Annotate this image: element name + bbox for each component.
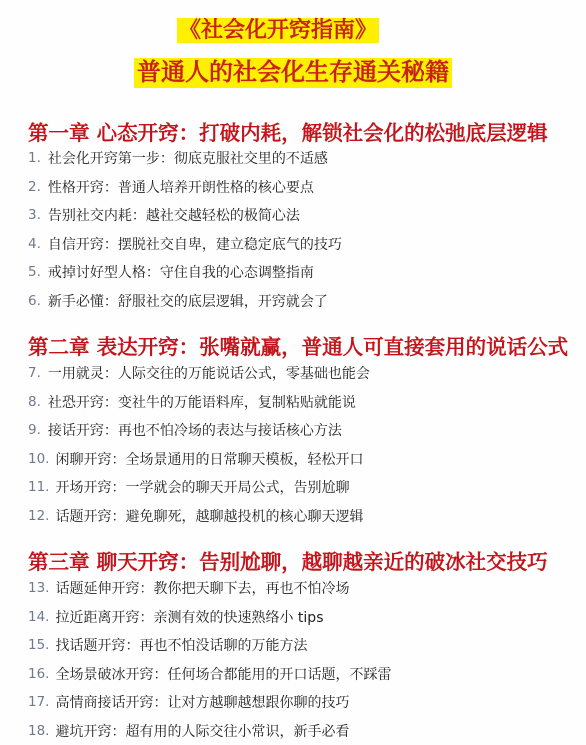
list-item: 18.避坑开窍：超有用的人际交往小常识，新手必看 — [28, 717, 391, 745]
list-item: 13.话题延伸开窍：教你把天聊下去，再也不怕冷场 — [28, 574, 391, 603]
document-title: 《社会化开窍指南》 — [177, 18, 379, 43]
item-text: 找话题开窍：再也不怕没话聊的万能方法 — [55, 635, 307, 655]
item-number: 17. — [28, 694, 49, 710]
list-item: 14.拉近距离开窍：亲测有效的快速熟络小 tips — [28, 603, 391, 632]
item-text: 避坑开窍：超有用的人际交往小常识，新手必看 — [55, 721, 349, 741]
item-number: 15. — [28, 637, 49, 653]
item-text: 话题延伸开窍：教你把天聊下去，再也不怕冷场 — [55, 578, 349, 598]
list-item: 11.开场开窍：一学就会的聊天开局公式，告别尬聊 — [28, 473, 370, 502]
item-number: 2. — [28, 179, 41, 195]
item-text: 开场开窍：一学就会的聊天开局公式，告别尬聊 — [55, 477, 349, 497]
item-number: 13. — [28, 580, 49, 596]
item-text: 话题开窍：避免聊死，越聊越投机的核心聊天逻辑 — [55, 506, 363, 526]
item-number: 5. — [28, 264, 41, 280]
document-subtitle: 普通人的社会化生存通关秘籍 — [134, 58, 452, 88]
list-item: 3.告别社交内耗：越社交越轻松的极简心法 — [28, 201, 342, 230]
list-item: 2.性格开窍：普通人培养开朗性格的核心要点 — [28, 173, 342, 202]
item-text: 拉近距离开窍：亲测有效的快速熟络小 tips — [55, 607, 323, 627]
chapter-2-list: 7.一用就灵：人际交往的万能说话公式，零基础也能会 8.社恐开窍：变社牛的万能语… — [28, 359, 370, 530]
list-item: 1.社会化开窍第一步：彻底克服社交里的不适感 — [28, 144, 342, 173]
item-number: 8. — [28, 394, 41, 410]
list-item: 5.戒掉讨好型人格：守住自我的心态调整指南 — [28, 258, 342, 287]
item-text: 社恐开窍：变社牛的万能语料库，复制粘贴就能说 — [48, 392, 356, 412]
item-text: 戒掉讨好型人格：守住自我的心态调整指南 — [48, 262, 314, 282]
chapter-1-heading: 第一章 心态开窍：打破内耗，解锁社会化的松弛底层逻辑 — [28, 116, 548, 146]
item-number: 14. — [28, 609, 49, 625]
item-text: 社会化开窍第一步：彻底克服社交里的不适感 — [48, 148, 328, 168]
list-item: 7.一用就灵：人际交往的万能说话公式，零基础也能会 — [28, 359, 370, 388]
chapter-3-heading: 第三章 聊天开窍：告别尬聊，越聊越亲近的破冰社交技巧 — [28, 545, 548, 575]
title-block: 《社会化开窍指南》 — [0, 18, 586, 43]
item-number: 7. — [28, 365, 41, 381]
item-number: 6. — [28, 293, 41, 309]
item-text: 一用就灵：人际交往的万能说话公式，零基础也能会 — [48, 363, 370, 383]
item-text: 告别社交内耗：越社交越轻松的极简心法 — [48, 205, 300, 225]
list-item: 10.闲聊开窍：全场景通用的日常聊天模板，轻松开口 — [28, 445, 370, 474]
item-number: 11. — [28, 479, 49, 495]
chapter-3-list: 13.话题延伸开窍：教你把天聊下去，再也不怕冷场 14.拉近距离开窍：亲测有效的… — [28, 574, 391, 745]
item-number: 3. — [28, 207, 41, 223]
chapter-1-list: 1.社会化开窍第一步：彻底克服社交里的不适感 2.性格开窍：普通人培养开朗性格的… — [28, 144, 342, 315]
item-text: 高情商接话开窍：让对方越聊越想跟你聊的技巧 — [55, 692, 349, 712]
list-item: 15.找话题开窍：再也不怕没话聊的万能方法 — [28, 631, 391, 660]
item-number: 4. — [28, 236, 41, 252]
subtitle-block: 普通人的社会化生存通关秘籍 — [0, 58, 586, 88]
list-item: 12.话题开窍：避免聊死，越聊越投机的核心聊天逻辑 — [28, 502, 370, 531]
item-text: 接话开窍：再也不怕冷场的表达与接话核心方法 — [48, 420, 342, 440]
list-item: 9.接话开窍：再也不怕冷场的表达与接话核心方法 — [28, 416, 370, 445]
item-number: 9. — [28, 422, 41, 438]
chapter-2-heading: 第二章 表达开窍：张嘴就赢，普通人可直接套用的说话公式 — [28, 330, 568, 360]
list-item: 4.自信开窍：摆脱社交自卑，建立稳定底气的技巧 — [28, 230, 342, 259]
item-number: 18. — [28, 723, 49, 739]
item-text: 闲聊开窍：全场景通用的日常聊天模板，轻松开口 — [55, 449, 363, 469]
item-text: 自信开窍：摆脱社交自卑，建立稳定底气的技巧 — [48, 234, 342, 254]
list-item: 6.新手必懂：舒服社交的底层逻辑，开窍就会了 — [28, 287, 342, 316]
list-item: 17.高情商接话开窍：让对方越聊越想跟你聊的技巧 — [28, 688, 391, 717]
item-number: 10. — [28, 451, 49, 467]
item-text: 性格开窍：普通人培养开朗性格的核心要点 — [48, 177, 314, 197]
item-number: 12. — [28, 508, 49, 524]
document-page: 《社会化开窍指南》 普通人的社会化生存通关秘籍 第一章 心态开窍：打破内耗，解锁… — [0, 0, 586, 745]
item-number: 1. — [28, 150, 41, 166]
item-number: 16. — [28, 666, 49, 682]
list-item: 16.全场景破冰开窍：任何场合都能用的开口话题，不踩雷 — [28, 660, 391, 689]
item-text: 全场景破冰开窍：任何场合都能用的开口话题，不踩雷 — [55, 664, 391, 684]
list-item: 8.社恐开窍：变社牛的万能语料库，复制粘贴就能说 — [28, 388, 370, 417]
item-text: 新手必懂：舒服社交的底层逻辑，开窍就会了 — [48, 291, 328, 311]
